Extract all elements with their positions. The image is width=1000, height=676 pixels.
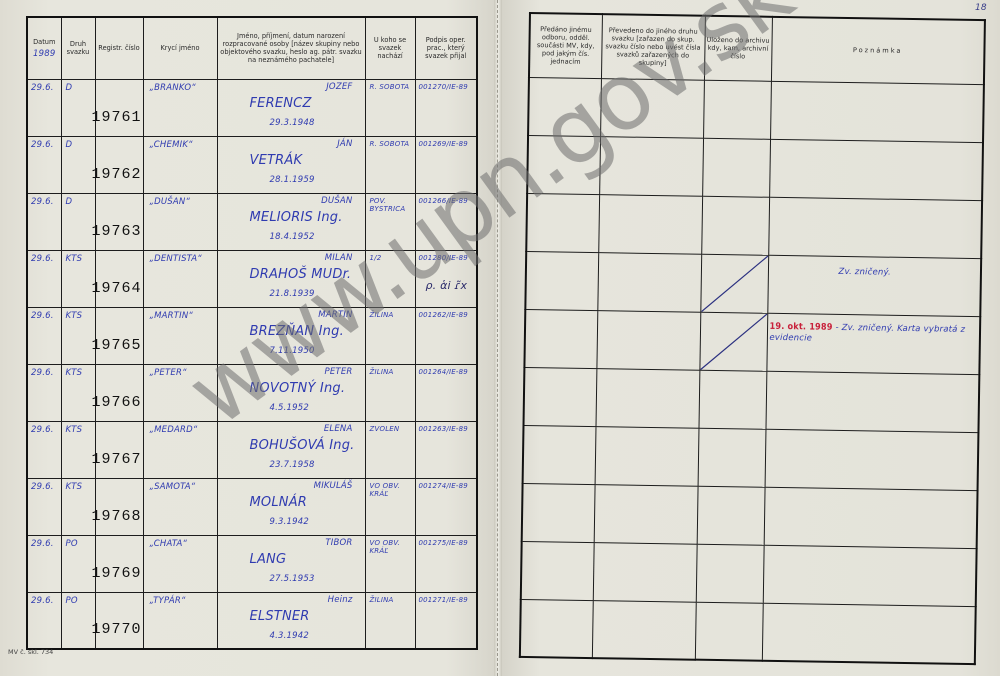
date-cell: 29.6.: [27, 535, 61, 592]
location-cell: ŽILINA: [365, 592, 415, 649]
transferred-cell: [523, 425, 596, 484]
transferred-cell: [520, 599, 593, 658]
reg-number-cell: 19766: [95, 364, 143, 421]
given-name: ELENA: [324, 424, 353, 434]
person-cell: MIKULÁŠMOLNÁR9.3.1942: [217, 478, 365, 535]
converted-cell: [595, 426, 699, 486]
given-name: TIBOR: [325, 538, 352, 548]
person-cell: DUŠANMELIORIS Ing.18.4.1952: [217, 193, 365, 250]
date-cell: 29.6.: [27, 79, 61, 136]
register-row-right: [523, 425, 979, 490]
transferred-cell: [524, 309, 597, 368]
person-cell: PETERNOVOTNÝ Ing.4.5.1952: [217, 364, 365, 421]
register-row-right: [520, 599, 976, 664]
given-name: MIKULÁŠ: [314, 481, 353, 491]
reg-number-cell: 19761: [95, 79, 143, 136]
book-spine: [494, 0, 502, 676]
given-name: MILAN: [325, 253, 353, 263]
person-cell: TIBORLANG27.5.1953: [217, 535, 365, 592]
date-cell: 29.6.: [27, 478, 61, 535]
signature-cell: 001280/IE-89ρ. ἁi︎ ɾ̃x: [415, 250, 477, 307]
cover-name-cell: „BRANKO“: [143, 79, 217, 136]
register-row: 29.6.PO19769„CHATA“TIBORLANG27.5.1953VO …: [27, 535, 477, 592]
signature-cell: 001269/IE-89: [415, 136, 477, 193]
cover-name-cell: „PETER“: [143, 364, 217, 421]
register-row: 29.6.D19763„DUŠAN“DUŠANMELIORIS Ing.18.4…: [27, 193, 477, 250]
reg-number-cell: 19770: [95, 592, 143, 649]
birth-date: 23.7.1958: [270, 460, 315, 470]
birth-date: 27.5.1953: [270, 574, 315, 584]
note-cell: [765, 371, 979, 432]
header-person: Jméno, příjmení, datum narození rozpraco…: [217, 17, 365, 79]
register-row: 29.6.KTS19768„SAMOTA“MIKULÁŠMOLNÁR9.3.19…: [27, 478, 477, 535]
signature-cell: 001271/IE-89: [415, 592, 477, 649]
date-cell: 29.6.: [27, 364, 61, 421]
date-cell: 29.6.: [27, 307, 61, 364]
type-cell: KTS: [61, 478, 95, 535]
location-cell: ŽILINA: [365, 307, 415, 364]
surname: MELIORIS Ing.: [250, 210, 343, 225]
note-cell: [769, 139, 983, 200]
converted-cell: [597, 252, 701, 312]
note-cell: [770, 81, 984, 142]
location-cell: ŽILINA: [365, 364, 415, 421]
register-row: 29.6.KTS19767„MEDARD“ELENABOHUŠOVÁ Ing.2…: [27, 421, 477, 478]
location-cell: VO OBV. KRÁĽ: [365, 535, 415, 592]
header-signature: Podpis oper. prac., který svazek přijal: [415, 17, 477, 79]
reg-number-cell: 19768: [95, 478, 143, 535]
header-location: U koho se svazek nachází: [365, 17, 415, 79]
cover-name-cell: „MEDARD“: [143, 421, 217, 478]
cover-name-cell: „DUŠAN“: [143, 193, 217, 250]
signature-cell: 001274/IE-89: [415, 478, 477, 535]
surname: FERENCZ: [250, 96, 312, 111]
date-cell: 29.6.: [27, 136, 61, 193]
type-cell: KTS: [61, 307, 95, 364]
signature-scrawl: ρ. ἁi︎ ɾ̃x: [426, 279, 468, 292]
date-cell: 29.6.: [27, 592, 61, 649]
archived-cell: [697, 486, 765, 545]
archived-cell: [700, 254, 768, 313]
type-cell: KTS: [61, 421, 95, 478]
archived-cell: [701, 196, 769, 255]
surname: NOVOTNÝ Ing.: [250, 381, 346, 396]
given-name: PETER: [325, 367, 353, 377]
register-row: 29.6.PO19770„TYPÁR“HeinzELSTNER4.3.1942Ž…: [27, 592, 477, 649]
location-cell: R. SOBOTA: [365, 136, 415, 193]
header-converted: Převedeno do jiného druhu svazku [zařaze…: [601, 14, 705, 80]
person-cell: MILANDRAHOŠ MUDr.21.8.1939: [217, 250, 365, 307]
reg-number-cell: 19769: [95, 535, 143, 592]
person-cell: MARTINBREZŇAN Ing.7.11.1950: [217, 307, 365, 364]
register-row-right: [526, 193, 982, 258]
signature-cell: 001270/IE-89: [415, 79, 477, 136]
given-name: MARTIN: [318, 310, 352, 320]
transferred-cell: [521, 541, 594, 600]
type-cell: KTS: [61, 364, 95, 421]
converted-cell: [592, 600, 696, 660]
reg-number-cell: 19762: [95, 136, 143, 193]
transferred-cell: [528, 77, 601, 136]
header-reg-number: Registr. číslo: [95, 17, 143, 79]
date-cell: 29.6.: [27, 250, 61, 307]
register-row: 29.6.KTS19764„DENTISTA“MILANDRAHOŠ MUDr.…: [27, 250, 477, 307]
signature-cell: 001275/IE-89: [415, 535, 477, 592]
transferred-cell: [525, 251, 598, 310]
signature-cell: 001266/IE-89: [415, 193, 477, 250]
page-number: 18: [975, 3, 987, 13]
transferred-cell: [524, 367, 597, 426]
archived-cell: [702, 138, 770, 197]
location-cell: 1/2: [365, 250, 415, 307]
transferred-cell: [527, 135, 600, 194]
note-cell: [762, 603, 976, 664]
birth-date: 21.8.1939: [270, 289, 315, 299]
birth-date: 29.3.1948: [270, 118, 315, 128]
note-cell: 19. okt. 1989 - Zv. zničený. Karta vybra…: [766, 313, 980, 374]
location-cell: VO OBV. KRÁĽ: [365, 478, 415, 535]
register-row-right: [521, 541, 977, 606]
date-cell: 29.6.: [27, 421, 61, 478]
surname: BOHUŠOVÁ Ing.: [250, 438, 355, 453]
archived-cell: [696, 544, 764, 603]
archived-cell: [695, 602, 763, 661]
diagonal-strike: [701, 254, 768, 312]
transferred-cell: [526, 193, 599, 252]
note-cell: Zv. zničený.: [767, 255, 981, 316]
cover-name-cell: „CHATA“: [143, 535, 217, 592]
note-cell: [768, 197, 982, 258]
date-stamp: 19. okt. 1989: [770, 321, 833, 332]
register-row-right: 19. okt. 1989 - Zv. zničený. Karta vybra…: [524, 309, 980, 374]
location-cell: POV. BYSTRICA: [365, 193, 415, 250]
register-row-right: [528, 77, 984, 142]
header-archived: Uloženo do archivu kdy, kam, archivní čí…: [704, 16, 772, 81]
note-cell: [765, 429, 979, 490]
converted-cell: [593, 542, 697, 602]
surname: DRAHOŠ MUDr.: [250, 267, 352, 282]
type-cell: D: [61, 79, 95, 136]
person-cell: JOZEFFERENCZ29.3.1948: [217, 79, 365, 136]
register-row-right: [527, 135, 983, 200]
birth-date: 7.11.1950: [270, 346, 315, 356]
cover-name-cell: „CHEMIK“: [143, 136, 217, 193]
converted-cell: [594, 484, 698, 544]
person-cell: HeinzELSTNER4.3.1942: [217, 592, 365, 649]
birth-date: 9.3.1942: [270, 517, 309, 527]
reg-number-cell: 19764: [95, 250, 143, 307]
surname: BREZŇAN Ing.: [250, 324, 344, 339]
register-table-left: Datum 1989 Druh svazku Registr. číslo Kr…: [26, 16, 478, 650]
form-code: MV č. skl. 734: [8, 648, 53, 656]
converted-cell: [599, 136, 703, 196]
signature-cell: 001263/IE-89: [415, 421, 477, 478]
location-cell: R. SOBOTA: [365, 79, 415, 136]
diagonal-strike: [700, 312, 767, 370]
register-row: 29.6.D19761„BRANKO“JOZEFFERENCZ29.3.1948…: [27, 79, 477, 136]
note-text: 19. okt. 1989 - Zv. zničený. Karta vybra…: [769, 321, 974, 346]
birth-date: 18.4.1952: [270, 232, 315, 242]
cover-name-cell: „MARTIN“: [143, 307, 217, 364]
register-row-right: Zv. zničený.: [525, 251, 981, 316]
surname: LANG: [250, 552, 287, 567]
reg-number-cell: 19763: [95, 193, 143, 250]
note-cell: [764, 487, 978, 548]
surname: MOLNÁR: [250, 495, 308, 510]
cover-name-cell: „SAMOTA“: [143, 478, 217, 535]
header-note: Poznámka: [771, 17, 985, 84]
type-cell: PO: [61, 592, 95, 649]
register-row-right: [522, 483, 978, 548]
note-cell: [763, 545, 977, 606]
given-name: DUŠAN: [321, 196, 352, 206]
note-text: Zv. zničený.: [838, 266, 891, 277]
birth-date: 4.3.1942: [270, 631, 309, 641]
given-name: JOZEF: [326, 82, 352, 92]
person-cell: JÁNVETRÁK28.1.1959: [217, 136, 365, 193]
register-row: 29.6.KTS19765„MARTIN“MARTINBREZŇAN Ing.7…: [27, 307, 477, 364]
date-cell: 29.6.: [27, 193, 61, 250]
signature-cell: 001264/IE-89: [415, 364, 477, 421]
surname: VETRÁK: [250, 153, 303, 168]
register-table-right: Předáno jinému odboru, odděl. součásti M…: [519, 12, 986, 665]
archived-cell: [698, 370, 766, 429]
register-row-right: [524, 367, 980, 432]
given-name: JÁN: [337, 139, 352, 149]
reg-number-cell: 19765: [95, 307, 143, 364]
birth-date: 4.5.1952: [270, 403, 309, 413]
header-transferred: Předáno jinému odboru, odděl. součásti M…: [529, 13, 602, 78]
given-name: Heinz: [328, 595, 353, 605]
transferred-cell: [522, 483, 595, 542]
converted-cell: [598, 194, 702, 254]
register-row: 29.6.D19762„CHEMIK“JÁNVETRÁK28.1.1959R. …: [27, 136, 477, 193]
archived-cell: [699, 312, 767, 371]
header-cover-name: Krycí jméno: [143, 17, 217, 79]
person-cell: ELENABOHUŠOVÁ Ing.23.7.1958: [217, 421, 365, 478]
header-type: Druh svazku: [61, 17, 95, 79]
archived-cell: [703, 80, 771, 139]
location-cell: ZVOLEN: [365, 421, 415, 478]
converted-cell: [596, 368, 700, 428]
converted-cell: [596, 310, 700, 370]
type-cell: D: [61, 193, 95, 250]
reg-number-cell: 19767: [95, 421, 143, 478]
signature-cell: 001262/IE-89: [415, 307, 477, 364]
type-cell: KTS: [61, 250, 95, 307]
converted-cell: [600, 78, 704, 138]
archived-cell: [698, 428, 766, 487]
type-cell: PO: [61, 535, 95, 592]
surname: ELSTNER: [250, 609, 310, 624]
register-row: 29.6.KTS19766„PETER“PETERNOVOTNÝ Ing.4.5…: [27, 364, 477, 421]
birth-date: 28.1.1959: [270, 175, 315, 185]
cover-name-cell: „TYPÁR“: [143, 592, 217, 649]
type-cell: D: [61, 136, 95, 193]
year-handwritten: 1989: [28, 50, 61, 58]
cover-name-cell: „DENTISTA“: [143, 250, 217, 307]
header-date: Datum 1989: [27, 17, 61, 79]
